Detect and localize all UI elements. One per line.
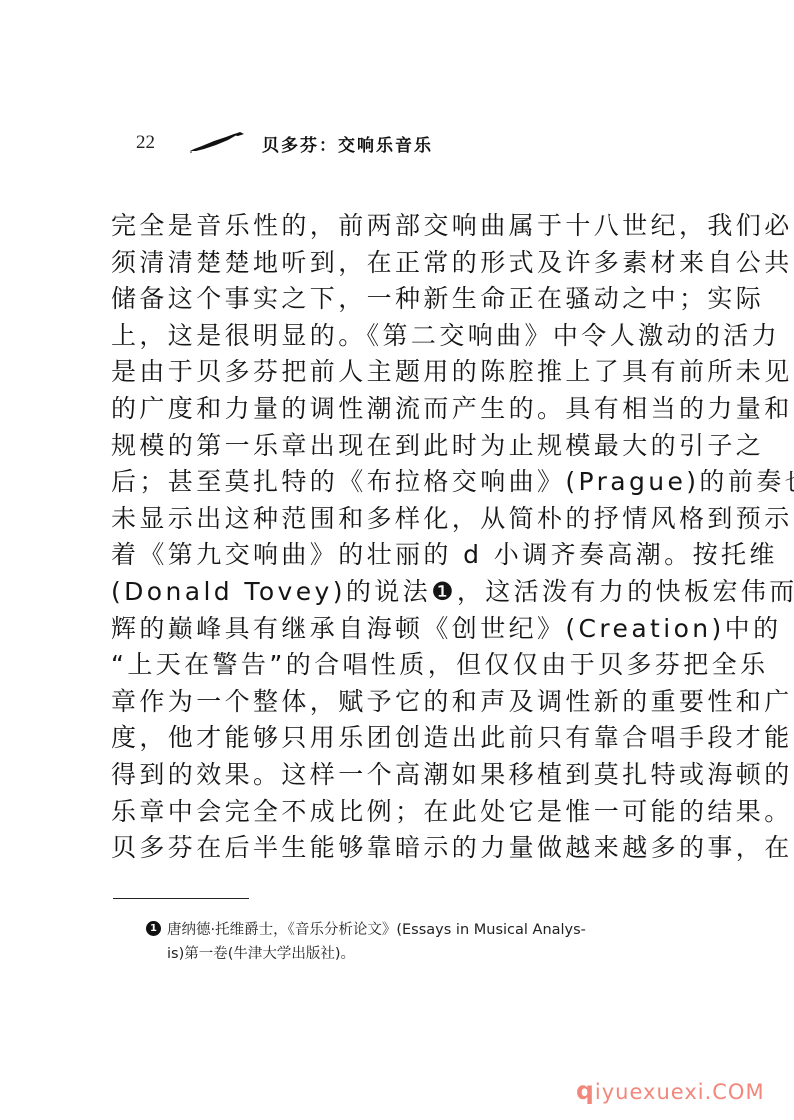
- footnote-line: is)第一卷(牛津大学出版社)。: [146, 942, 668, 966]
- footnote-line: 唐纳德·托维爵士，《音乐分析论文》(Essays in Musical Anal…: [146, 918, 668, 942]
- quill-pen-icon: [188, 132, 248, 154]
- text-line: 上，这是很明显的。《第二交响曲》中令人激动的活力: [111, 318, 685, 355]
- text-line: 着《第九交响曲》的壮丽的 d 小调齐奏高潮。按托维: [111, 537, 685, 574]
- text-line: “上天在警告”的合唱性质，但仅仅由于贝多芬把全乐: [111, 647, 685, 684]
- text-line: 度，他才能够只用乐团创造出此前只有靠合唱手段才能: [111, 720, 685, 757]
- watermark: qiyuexuexi.COM: [576, 1076, 765, 1105]
- text-line: (Donald Tovey)的说法❶，这活泼有力的快板宏伟而光: [111, 574, 685, 611]
- running-title: 贝多芬：交响乐音乐: [262, 131, 433, 156]
- text-line: 是由于贝多芬把前人主题用的陈腔推上了具有前所未见: [111, 354, 685, 391]
- text-line: 完全是音乐性的，前两部交响曲属于十八世纪，我们必: [111, 208, 685, 245]
- text-line: 储备这个事实之下，一种新生命正在骚动之中；实际: [111, 281, 685, 318]
- text-line: 须清清楚楚地听到，在正常的形式及许多素材来自公共: [111, 245, 685, 282]
- text-line: 贝多芬在后半生能够靠暗示的力量做越来越多的事，在: [111, 830, 685, 867]
- page-header: 22 贝多芬：交响乐音乐: [136, 128, 433, 158]
- watermark-text: iyuexuexi.COM: [595, 1080, 765, 1104]
- text-line: 得到的效果。这样一个高潮如果移植到莫扎特或海顿的: [111, 757, 685, 794]
- page-number: 22: [136, 132, 188, 154]
- text-line: 乐章中会完全不成比例；在此处它是惟一可能的结果。: [111, 794, 685, 831]
- watermark-q: q: [576, 1076, 595, 1105]
- text-line: 后；甚至莫扎特的《布拉格交响曲》(Prague)的前奏也: [111, 464, 685, 501]
- body-text: 完全是音乐性的，前两部交响曲属于十八世纪，我们必 须清清楚楚地听到，在正常的形式…: [111, 208, 685, 867]
- text-line: 规模的第一乐章出现在到此时为止规模最大的引子之: [111, 428, 685, 465]
- text-line: 的广度和力量的调性潮流而产生的。具有相当的力量和: [111, 391, 685, 428]
- text-line: 未显示出这种范围和多样化，从简朴的抒情风格到预示: [111, 501, 685, 538]
- footnote-divider: [113, 898, 249, 899]
- footnote: 1 唐纳德·托维爵士，《音乐分析论文》(Essays in Musical An…: [146, 918, 668, 966]
- text-line: 辉的巅峰具有继承自海顿《创世纪》(Creation)中的: [111, 611, 685, 648]
- text-line: 章作为一个整体，赋予它的和声及调性新的重要性和广: [111, 684, 685, 721]
- footnote-marker: 1: [146, 921, 161, 936]
